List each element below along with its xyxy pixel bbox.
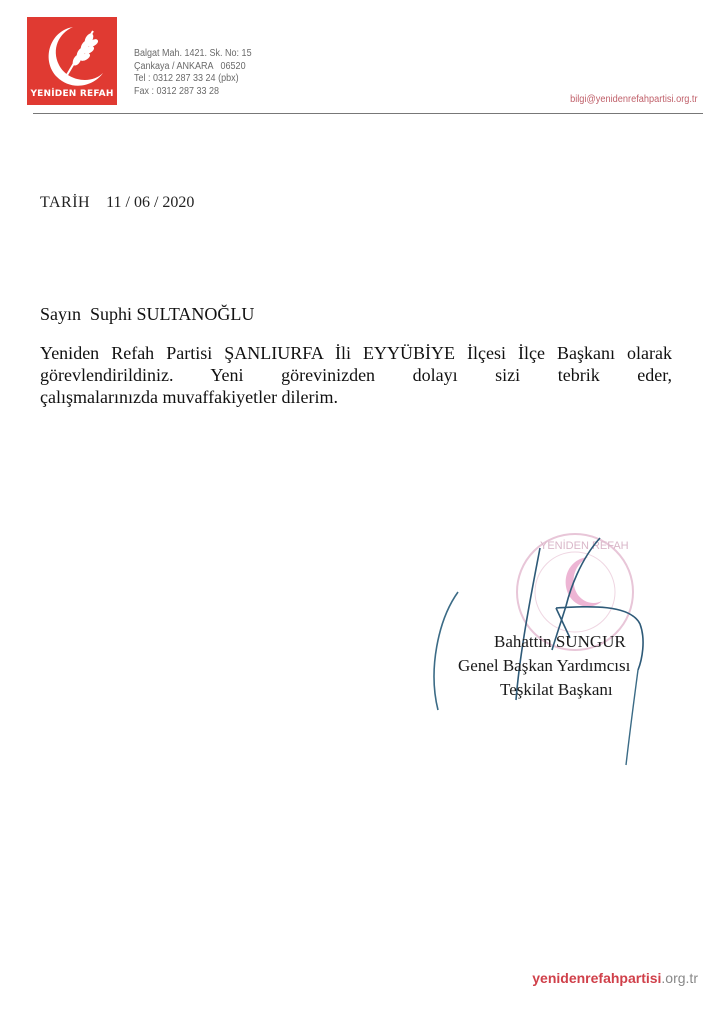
date-value: 11 / 06 / 2020 — [106, 194, 194, 211]
address-line: Balgat Mah. 1421. Sk. No: 15 — [134, 48, 252, 61]
footer-website: yenidenrefahpartisi.org.tr — [532, 970, 698, 986]
body-line: Yeniden Refah Partisi ŞANLIURFA İli EYYÜ… — [40, 342, 672, 364]
party-logo: YENİDEN REFAH — [27, 17, 117, 105]
salutation: Sayın Suphi SULTANOĞLU — [40, 304, 254, 325]
fax-line: Fax : 0312 287 33 28 — [134, 86, 252, 99]
header-divider — [33, 113, 703, 114]
phone-line: Tel : 0312 287 33 24 (pbx) — [134, 73, 252, 86]
date-line: TARİH 11 / 06 / 2020 — [40, 194, 194, 212]
date-label: TARİH — [40, 194, 90, 211]
letter-body: Yeniden Refah Partisi ŞANLIURFA İli EYYÜ… — [40, 342, 672, 408]
website-domain: yenidenrefahpartisi — [532, 970, 661, 986]
logo-text: YENİDEN REFAH — [27, 89, 117, 99]
signer-department: Teşkilat Başkanı — [500, 678, 690, 702]
email-address: bilgi@yenidenrefahpartisi.org.tr — [571, 94, 698, 105]
website-tld: .org.tr — [661, 970, 698, 986]
body-line: görevlendirildiniz. Yeni görevinizden do… — [40, 364, 672, 386]
signer-title: Genel Başkan Yardımcısı — [458, 654, 690, 678]
body-line: çalışmalarınızda muvaffakiyetler dilerim… — [40, 386, 672, 408]
signer-block: Bahattin SUNGUR Genel Başkan Yardımcısı … — [430, 630, 690, 702]
address-block: Balgat Mah. 1421. Sk. No: 15 Çankaya / A… — [134, 48, 252, 98]
address-line: Çankaya / ANKARA 06520 — [134, 61, 252, 74]
signer-name: Bahattin SUNGUR — [494, 630, 690, 654]
